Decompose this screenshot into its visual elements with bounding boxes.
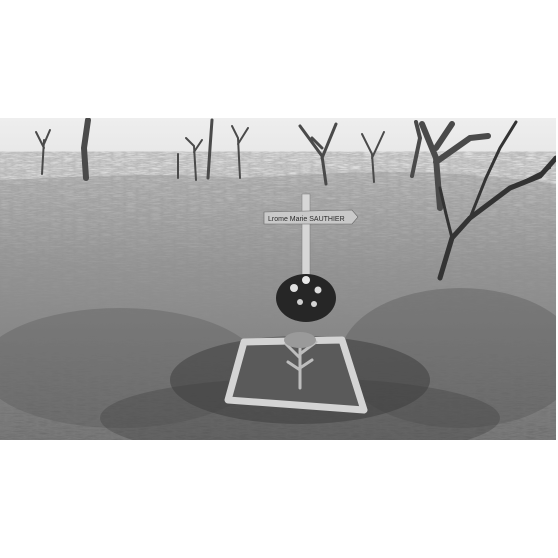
grave-photograph: Black and white photograph of a grave ma… [0,118,556,440]
